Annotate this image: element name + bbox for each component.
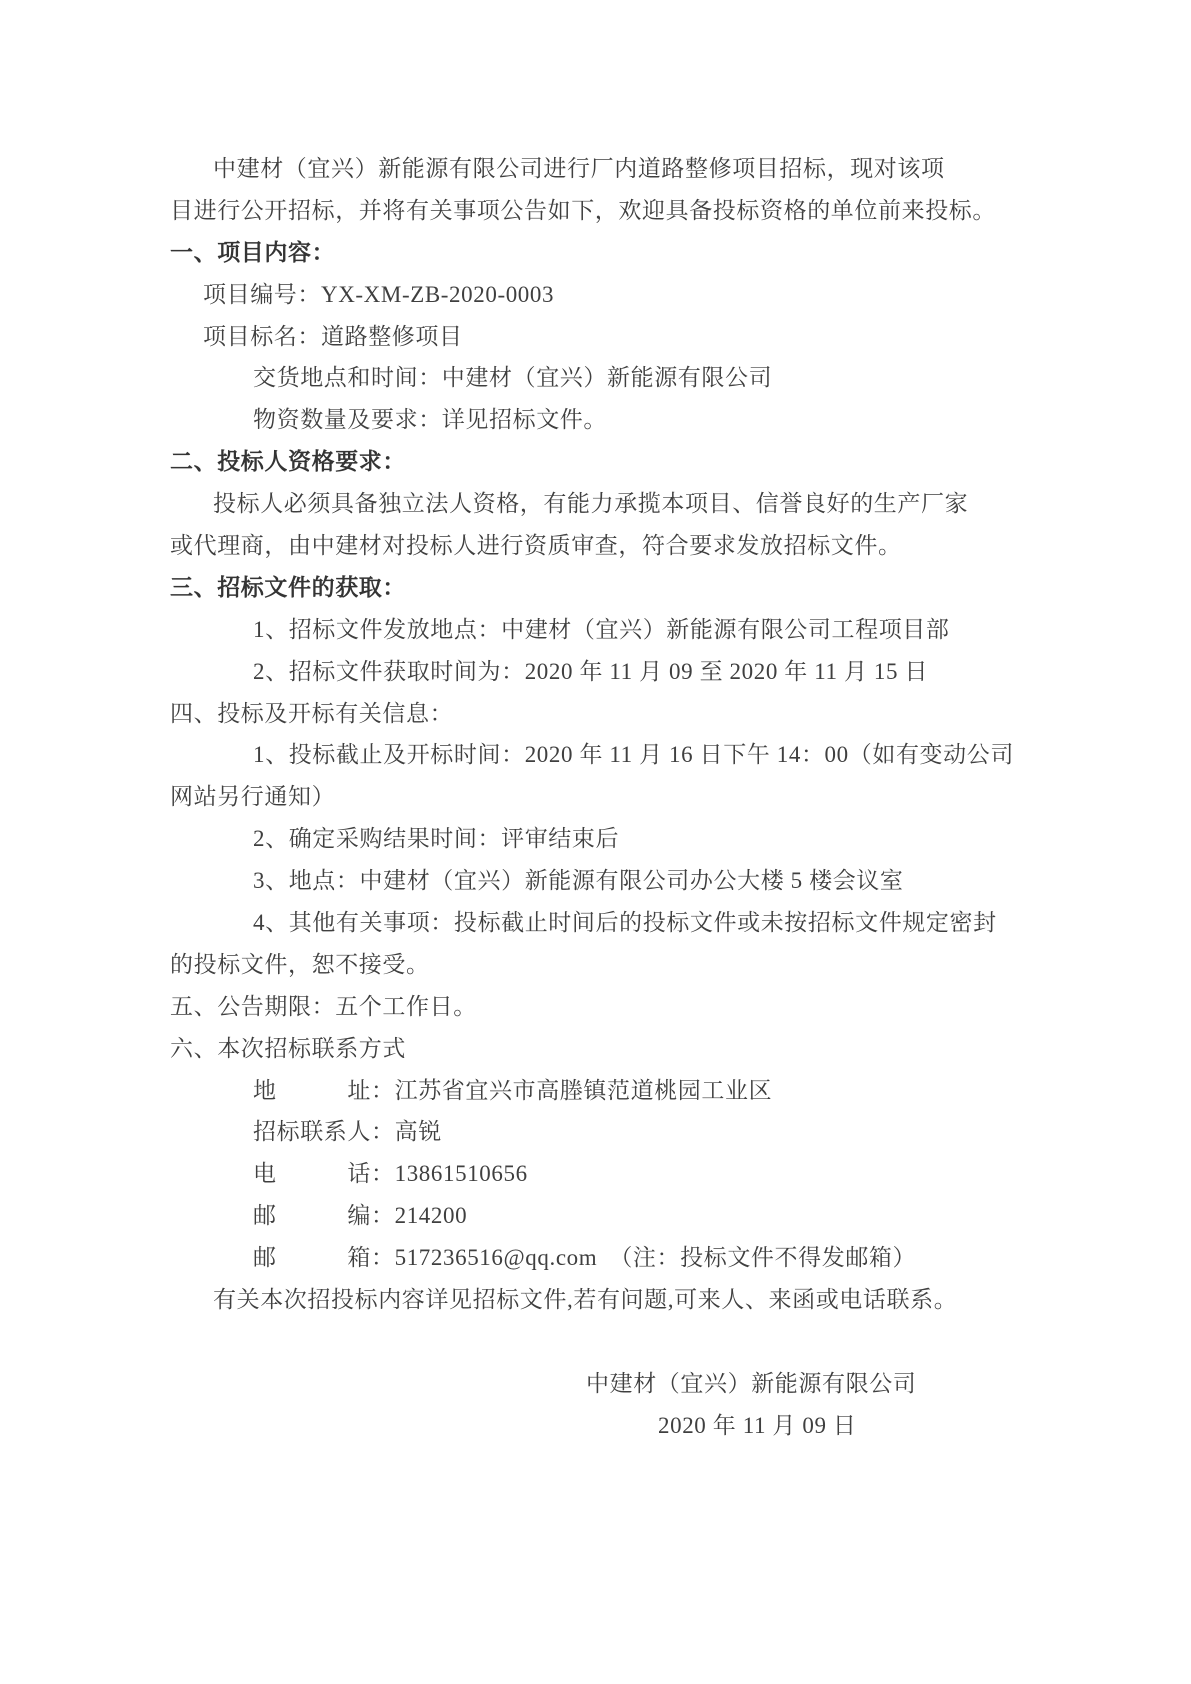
address-line: 地 址：江苏省宜兴市高塍镇范道桃园工业区 (170, 1070, 1070, 1112)
section-2-heading: 二、投标人资格要求： (170, 441, 1070, 483)
section-5-heading: 五、公告期限：五个工作日。 (170, 986, 1070, 1028)
qualification-line-2: 或代理商，由中建材对投标人进行资质审查，符合要求发放招标文件。 (170, 525, 1070, 567)
contact-person-line: 招标联系人：高锐 (170, 1111, 1070, 1153)
bid-deadline-line-2: 网站另行通知） (170, 776, 1070, 818)
open-bid-place-line: 3、地点：中建材（宜兴）新能源有限公司办公大楼 5 楼会议室 (170, 860, 1070, 902)
section-3-heading: 三、招标文件的获取： (170, 567, 1070, 609)
qualification-line-1: 投标人必须具备独立法人资格，有能力承揽本项目、信誉良好的生产厂家 (170, 483, 1070, 525)
blank-line (170, 1321, 1070, 1363)
other-matters-line-1: 4、其他有关事项：投标截止时间后的投标文件或未按招标文件规定密封 (170, 902, 1070, 944)
postcode-line: 邮 编：214200 (170, 1195, 1070, 1237)
intro-line-1: 中建材（宜兴）新能源有限公司进行厂内道路整修项目招标，现对该项 (170, 148, 1070, 190)
signature-date-line: 2020 年 11 月 09 日 (170, 1405, 1070, 1447)
phone-line: 电 话：13861510656 (170, 1153, 1070, 1195)
doc-obtain-time-line: 2、招标文件获取时间为：2020 年 11 月 09 至 2020 年 11 月… (170, 651, 1070, 693)
section-6-heading: 六、本次招标联系方式 (170, 1028, 1070, 1070)
section-1-heading: 一、项目内容： (170, 232, 1070, 274)
signature-company-line: 中建材（宜兴）新能源有限公司 (170, 1363, 1070, 1405)
intro-line-2: 目进行公开招标，并将有关事项公告如下，欢迎具备投标资格的单位前来投标。 (170, 190, 1070, 232)
email-line: 邮 箱：517236516@qq.com （注：投标文件不得发邮箱） (170, 1237, 1070, 1279)
project-name-line: 项目标名：道路整修项目 (170, 316, 1070, 358)
delivery-place-line: 交货地点和时间：中建材（宜兴）新能源有限公司 (170, 357, 1070, 399)
document-text-block: 中建材（宜兴）新能源有限公司进行厂内道路整修项目招标，现对该项 目进行公开招标，… (170, 148, 1070, 1447)
doc-issue-place-line: 1、招标文件发放地点：中建材（宜兴）新能源有限公司工程项目部 (170, 609, 1070, 651)
closing-note-line: 有关本次招投标内容详见招标文件,若有问题,可来人、来函或电话联系。 (170, 1279, 1070, 1321)
project-number-line: 项目编号：YX-XM-ZB-2020-0003 (170, 274, 1070, 316)
section-4-heading: 四、投标及开标有关信息： (170, 693, 1070, 735)
document-page: 中建材（宜兴）新能源有限公司进行厂内道路整修项目招标，现对该项 目进行公开招标，… (0, 0, 1191, 1684)
bid-deadline-line-1: 1、投标截止及开标时间：2020 年 11 月 16 日下午 14：00（如有变… (170, 734, 1070, 776)
quantity-req-line: 物资数量及要求：详见招标文件。 (170, 399, 1070, 441)
other-matters-line-2: 的投标文件，恕不接受。 (170, 944, 1070, 986)
result-time-line: 2、确定采购结果时间：评审结束后 (170, 818, 1070, 860)
